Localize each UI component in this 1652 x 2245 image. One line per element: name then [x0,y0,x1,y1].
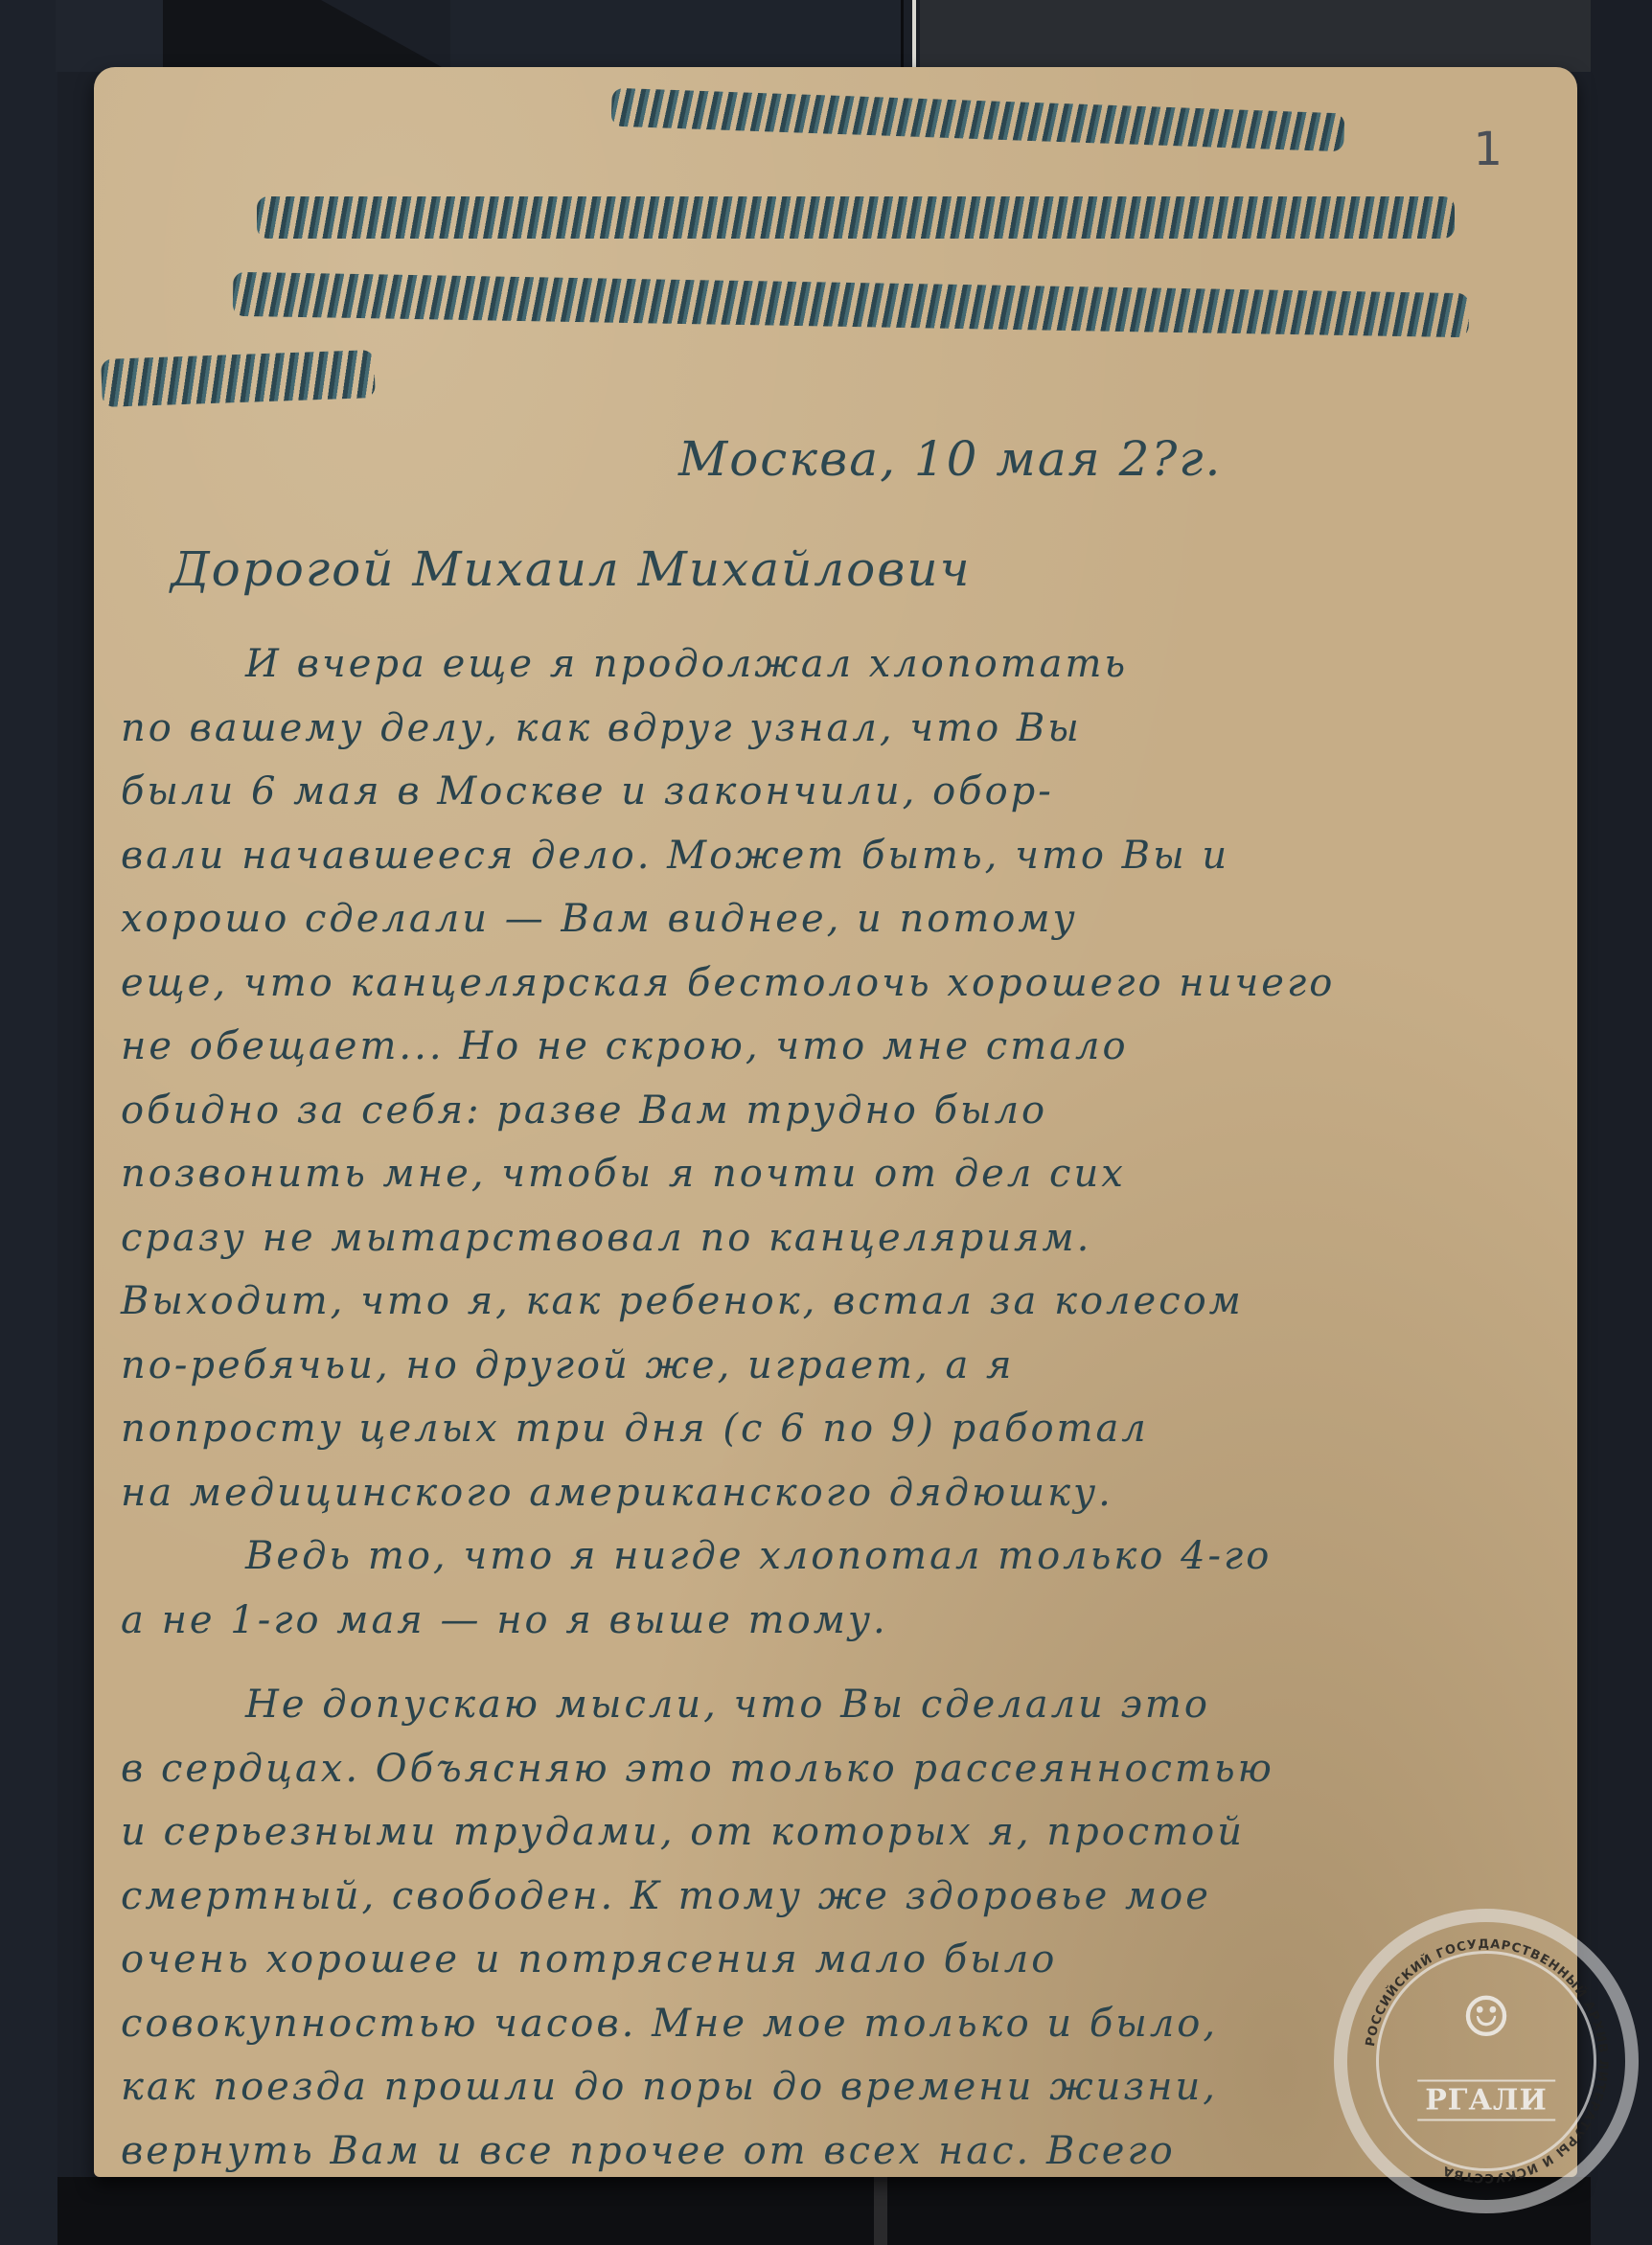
letter-line: Не допускаю мысли, что Вы сделали это [121,1673,1558,1737]
letter-line: и серьезными трудами, от которых я, прос… [121,1800,1558,1865]
letter-line: позвонить мне, чтобы я почти от дел сих [121,1142,1558,1206]
letter-line: Ведь то, что я нигде хлопотал только 4-г… [121,1524,1558,1589]
letter-line: на медицинского американского дядюшку. [121,1461,1558,1525]
crossed-out-line [611,88,1345,152]
letter-line: по-ребячьи, но другой же, играет, а я [121,1334,1558,1398]
scanner-mount-right [1591,0,1652,2245]
scanner-mount-top [450,0,904,72]
crossed-out-line [101,350,376,407]
seal-center-label: РГАЛИ [1417,2079,1555,2120]
crossed-out-line [257,196,1455,239]
letter-line: а не 1-го мая — но я выше тому. [121,1589,1558,1653]
letter-line: обидно за себя: разве Вам трудно было [121,1079,1558,1143]
letter-line: смертный, свободен. К тому же здоровье м… [121,1865,1558,1929]
scanner-mount-fabric [920,0,1591,72]
date-line: Москва, 10 мая 2?г. [678,431,1222,487]
letter-line: не обещает... Но не скрою, что мне стало [121,1015,1558,1079]
scanner-mount-shadow [163,0,450,72]
mount-thread [912,0,916,72]
letter-body: И вчера еще я продолжал хлопотать по ваш… [121,632,1558,2183]
theatre-mask-icon: ☺ [1461,1984,1511,2050]
letter-line: еще, что канцелярская бестолочь хорошего… [121,951,1558,1016]
salutation: Дорогой Михаил Михайлович [171,541,972,597]
letter-line: были 6 мая в Москве и закончили, обор- [121,760,1558,824]
letter-line: хорошо сделали — Вам виднее, и потому [121,887,1558,951]
letter-line: вернуть Вам и все прочее от всех нас. Вс… [121,2119,1558,2184]
letter-line: по вашему делу, как вдруг узнал, что Вы [121,697,1558,761]
scanner-mount-left [0,0,57,2245]
letter-line: И вчера еще я продолжал хлопотать [121,632,1558,697]
crossed-out-line [233,272,1470,338]
postcard: 1 Москва, 10 мая 2?г. Дорогой Михаил Мих… [94,67,1577,2177]
letter-line: сразу не мытарствовал по канцеляриям. [121,1206,1558,1271]
letter-line: Выходит, что я, как ребенок, встал за ко… [121,1270,1558,1334]
scanner-mount-post [874,2177,887,2245]
letter-line: попросту целых три дня (с 6 по 9) работа… [121,1397,1558,1461]
letter-line: в сердцах. Объясняю это только рассеянно… [121,1737,1558,1801]
letter-line: вали начавшееся дело. Может быть, что Вы… [121,824,1558,888]
letter-line: очень хорошее и потрясения мало было [121,1928,1558,1992]
page-number: 1 [1473,123,1503,176]
archive-seal-watermark: РОССИЙСКИЙ ГОСУДАРСТВЕННЫЙ АРХИВ ЛИТЕРАТ… [1334,1909,1639,2213]
